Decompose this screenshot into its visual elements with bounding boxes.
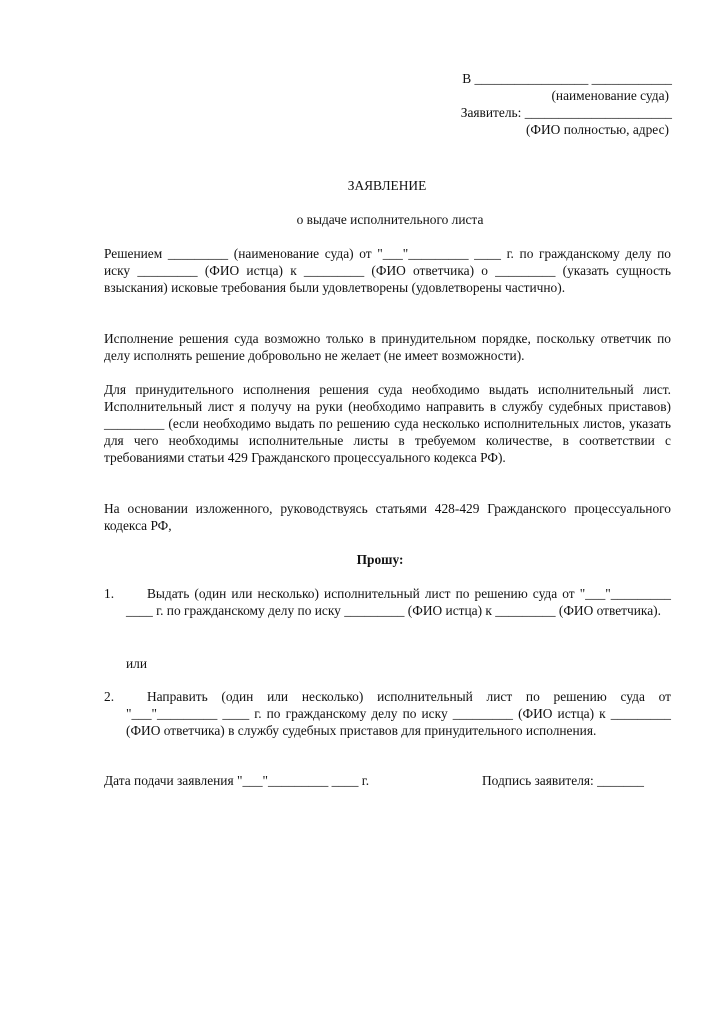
paragraph-enforcement-reason: Исполнение решения суда возможно только …	[104, 330, 671, 364]
request-2-number: 2.	[104, 688, 114, 705]
paragraph-legal-basis: На основании изложенного, руководствуясь…	[104, 500, 671, 534]
document-subtitle: о выдаче исполнительного листа	[0, 211, 723, 228]
request-2-text: Направить (один или несколько) исполните…	[126, 688, 671, 739]
request-1-text: Выдать (один или несколько) исполнительн…	[126, 585, 671, 619]
or-separator: или	[126, 655, 147, 672]
paragraph-enforcement-details: Для принудительного исполнения решения с…	[104, 381, 671, 466]
document-title: ЗАЯВЛЕНИЕ	[0, 177, 723, 194]
submission-date-line: Дата подачи заявления "___"_________ ___…	[104, 772, 369, 789]
request-1-number: 1.	[104, 585, 114, 602]
court-name-hint: (наименование суда)	[380, 87, 669, 104]
paragraph-court-decision: Решением _________ (наименование суда) о…	[104, 245, 671, 296]
applicant-signature-line: Подпись заявителя: _______	[482, 772, 644, 789]
request-heading: Прошу:	[0, 551, 723, 568]
recipient-court-line: В _________________ ____________	[380, 70, 672, 87]
applicant-line: Заявитель: ______________________	[380, 104, 672, 121]
applicant-hint: (ФИО полностью, адрес)	[380, 121, 669, 138]
